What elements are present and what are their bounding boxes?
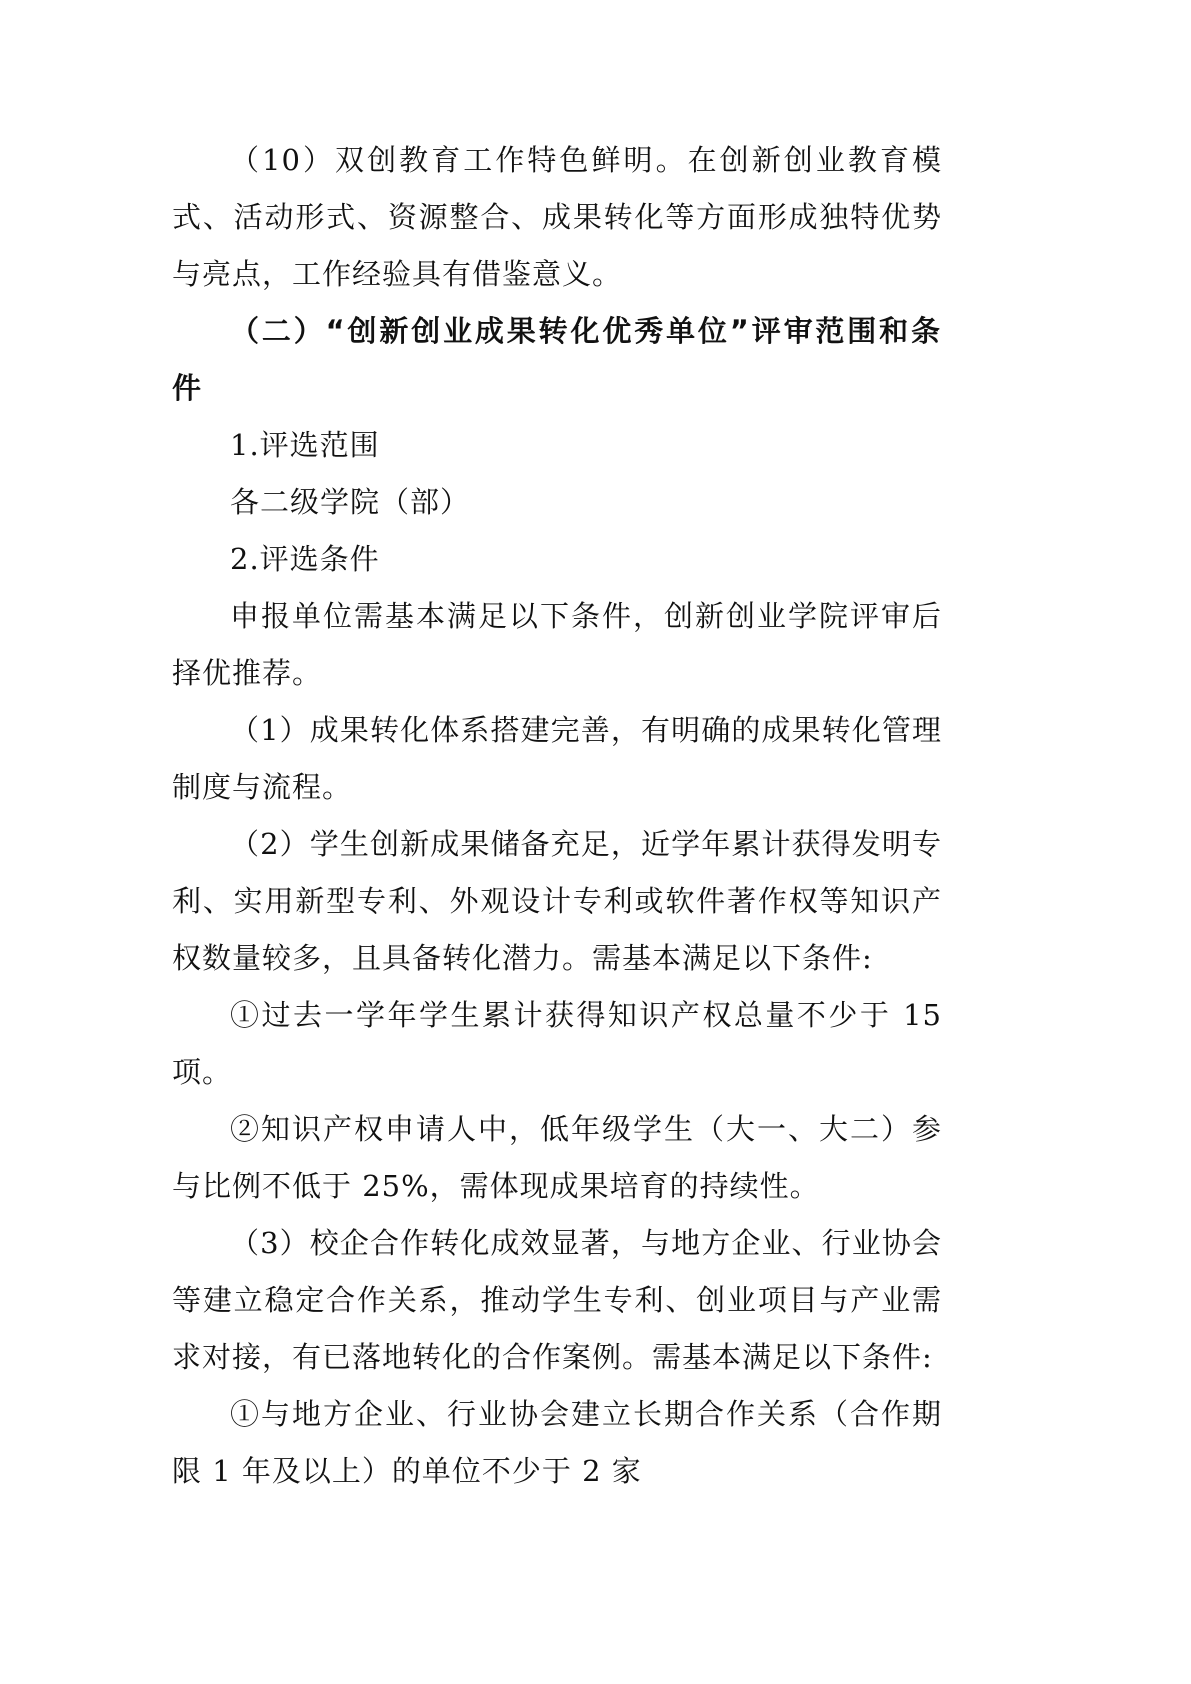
paragraph-conditions-intro: 申报单位需基本满足以下条件，创新创业学院评审后择优推荐。	[172, 588, 942, 702]
subheading-conditions: 2.评选条件	[172, 531, 942, 588]
paragraph-condition-3-sub-1: ①与地方企业、行业协会建立长期合作关系（合作期限 1 年及以上）的单位不少于 2…	[172, 1386, 942, 1500]
paragraph-condition-2-sub-2: ②知识产权申请人中，低年级学生（大一、大二）参与比例不低于 25%，需体现成果培…	[172, 1101, 942, 1215]
paragraph-item-10: （10）双创教育工作特色鲜明。在创新创业教育模式、活动形式、资源整合、成果转化等…	[172, 132, 942, 303]
section-heading-2: （二）“创新创业成果转化优秀单位”评审范围和条件	[172, 303, 942, 417]
paragraph-scope-body: 各二级学院（部）	[172, 474, 942, 531]
paragraph-condition-3: （3）校企合作转化成效显著，与地方企业、行业协会等建立稳定合作关系，推动学生专利…	[172, 1215, 942, 1386]
subheading-scope: 1.评选范围	[172, 417, 942, 474]
paragraph-condition-2: （2）学生创新成果储备充足，近学年累计获得发明专利、实用新型专利、外观设计专利或…	[172, 816, 942, 987]
paragraph-condition-1: （1）成果转化体系搭建完善，有明确的成果转化管理制度与流程。	[172, 702, 942, 816]
document-page: （10）双创教育工作特色鲜明。在创新创业教育模式、活动形式、资源整合、成果转化等…	[172, 132, 942, 1500]
paragraph-condition-2-sub-1: ①过去一学年学生累计获得知识产权总量不少于 15 项。	[172, 987, 942, 1101]
